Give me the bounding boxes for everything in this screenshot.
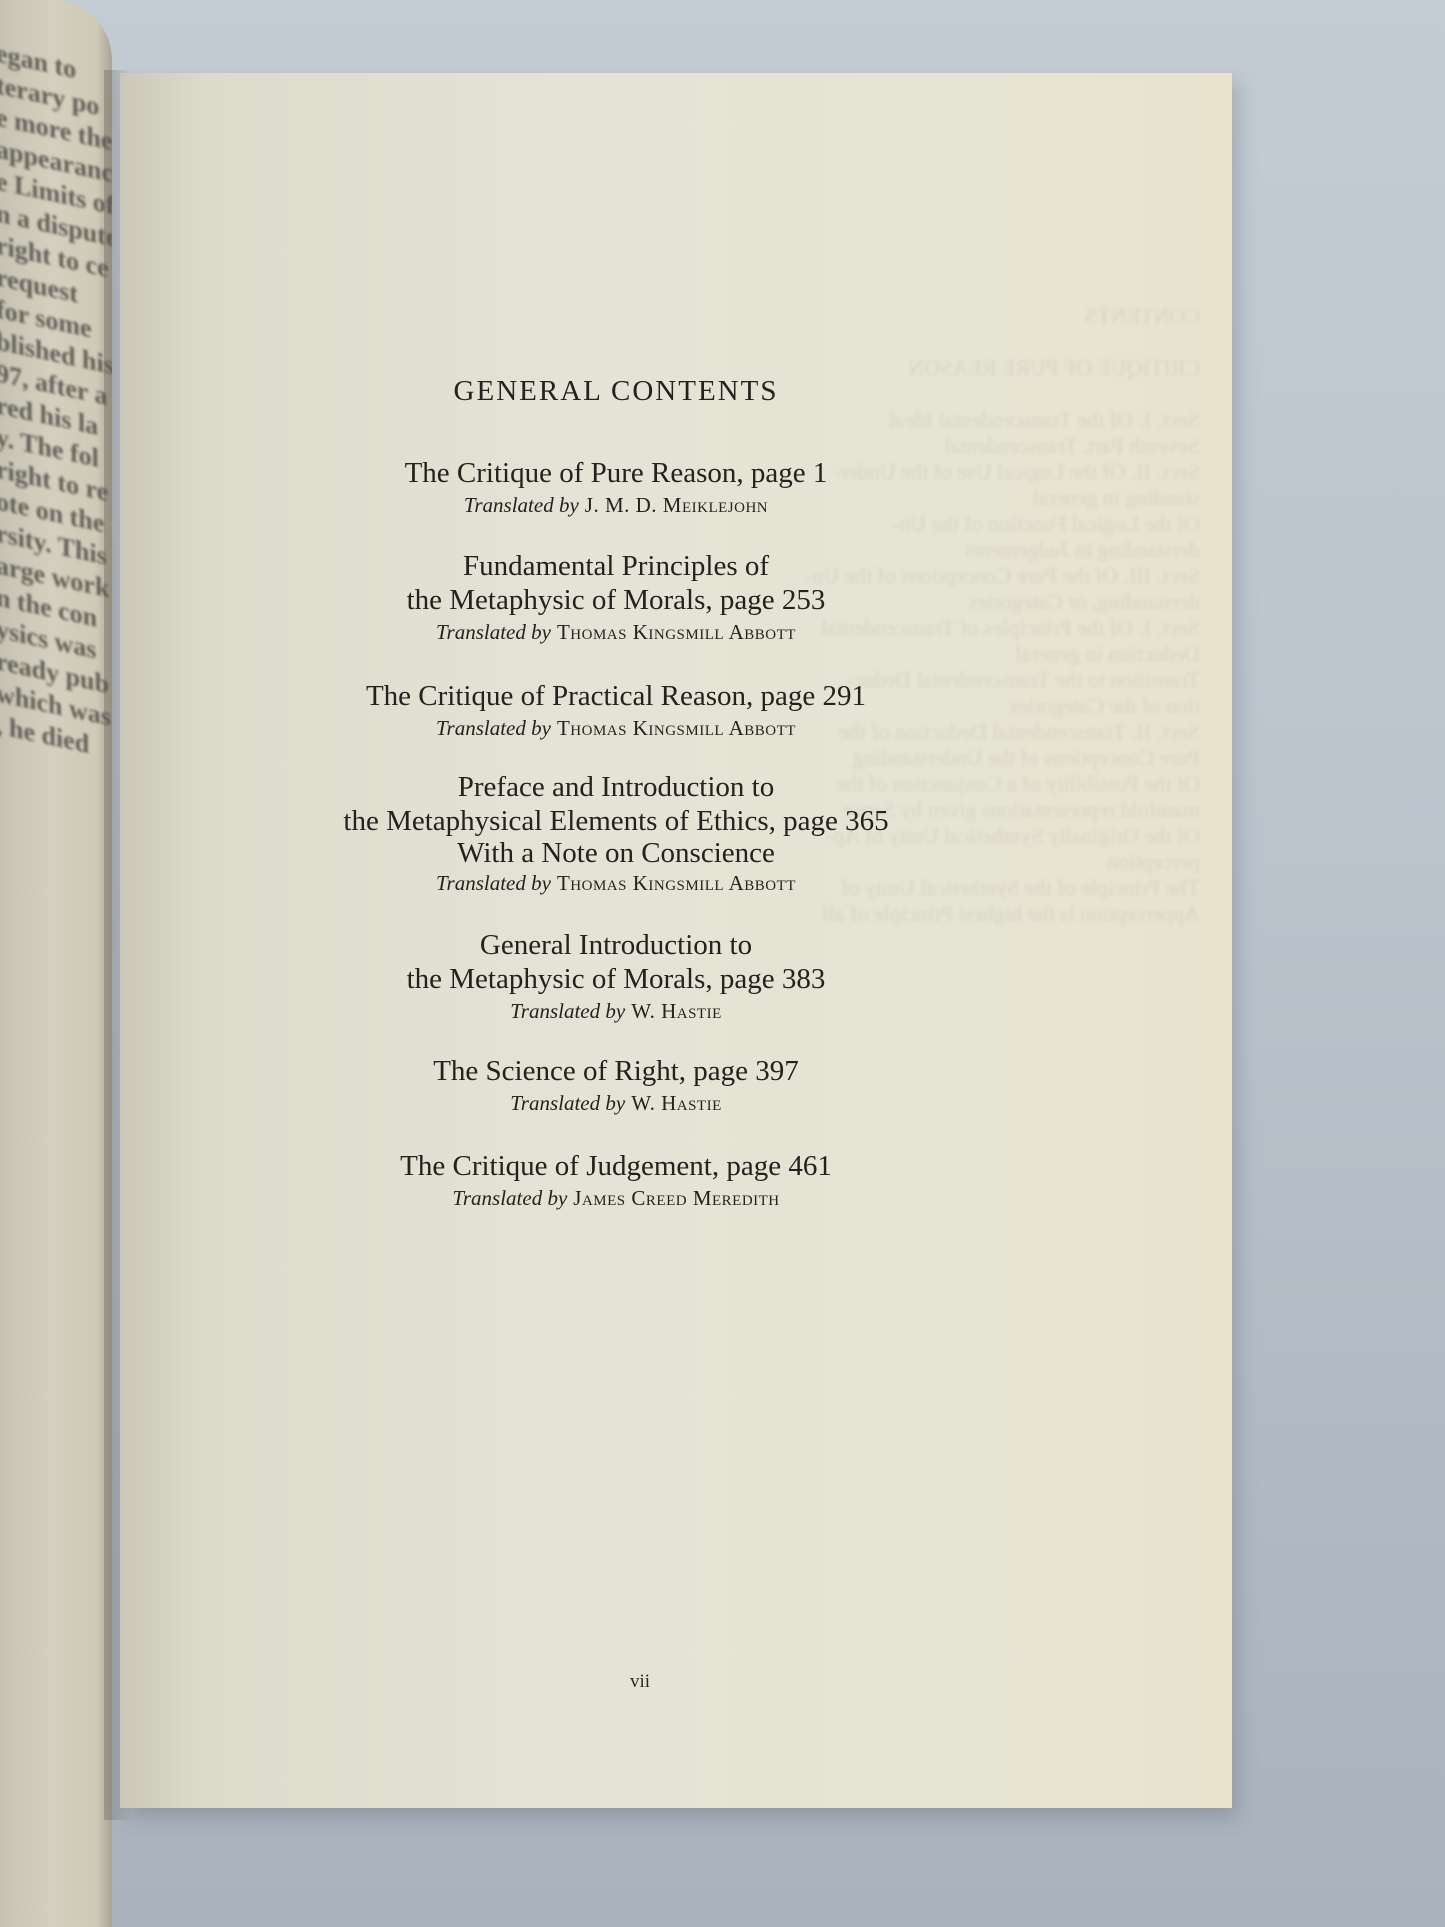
entry-translator: Translated byThomas Kingsmill Abbott bbox=[260, 713, 972, 743]
left-page-text: egan to terary po e more the appearance … bbox=[0, 37, 112, 767]
entry-title: The Critique of Practical Reason, page 2… bbox=[260, 679, 972, 713]
entry-title: the Metaphysical Elements of Ethics, pag… bbox=[260, 804, 972, 838]
entry-title: Fundamental Principles of bbox=[260, 549, 972, 583]
contents-entry: The Science of Right, page 397 Translate… bbox=[260, 1054, 972, 1118]
entry-title: The Critique of Pure Reason, page 1 bbox=[260, 456, 972, 490]
contents-entry: The Critique of Judgement, page 461 Tran… bbox=[260, 1149, 972, 1213]
entry-title: Preface and Introduction to bbox=[260, 770, 972, 804]
contents-entry: General Introduction to the Metaphysic o… bbox=[260, 928, 972, 1026]
entry-title: General Introduction to bbox=[260, 928, 972, 962]
entry-title: The Critique of Judgement, page 461 bbox=[260, 1149, 972, 1183]
entry-title: the Metaphysic of Morals, page 383 bbox=[260, 962, 972, 996]
entry-translator: Translated byW. Hastie bbox=[260, 1088, 972, 1118]
contents-entry: Preface and Introduction to the Metaphys… bbox=[260, 770, 972, 898]
contents-entry: The Critique of Pure Reason, page 1 Tran… bbox=[260, 456, 972, 520]
entry-title: The Science of Right, page 397 bbox=[260, 1054, 972, 1088]
entry-translator: Translated byThomas Kingsmill Abbott bbox=[260, 868, 972, 898]
page-number: vii bbox=[620, 1671, 660, 1693]
contents-entry: The Critique of Practical Reason, page 2… bbox=[260, 679, 972, 743]
contents-page: CONTENTS CRITIQUE OF PURE REASON Sect. I… bbox=[120, 73, 1232, 1808]
contents-entry: Fundamental Principles of the Metaphysic… bbox=[260, 549, 972, 647]
entry-translator: Translated byThomas Kingsmill Abbott bbox=[260, 617, 972, 647]
entry-translator: Translated byJ. M. D. Meiklejohn bbox=[260, 490, 972, 520]
entry-title: the Metaphysic of Morals, page 253 bbox=[260, 583, 972, 617]
entry-title: With a Note on Conscience bbox=[260, 838, 972, 868]
entry-translator: Translated byJames Creed Meredith bbox=[260, 1183, 972, 1213]
entry-translator: Translated byW. Hastie bbox=[260, 996, 972, 1026]
left-page-edge: egan to terary po e more the appearance … bbox=[0, 0, 112, 1927]
page-title: GENERAL CONTENTS bbox=[360, 375, 872, 408]
